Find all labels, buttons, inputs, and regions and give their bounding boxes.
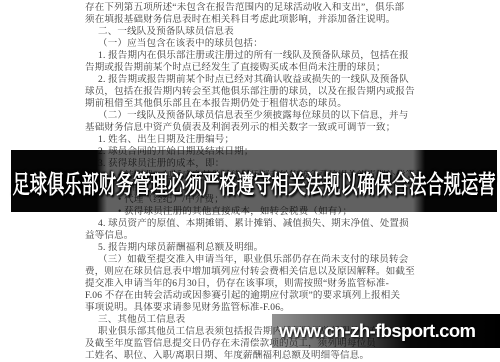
- title-banner-text: 足球俱乐部财务管理必须严格遵守相关法规以确保合法合规运营: [13, 173, 496, 198]
- doc-line: 1. 姓名、出生日期及注册编号；: [85, 134, 483, 146]
- doc-line: 存在下列第五项所述“未包含在报告范围内的足球活动收入和支出”，俱乐部: [85, 2, 483, 14]
- doc-line: 5. 报告期内球员薪酬福利总额及明细。: [85, 242, 483, 254]
- watermark-url-text: www.cn-zh-fbsport.com: [272, 320, 475, 342]
- watermark-banner: www.cn-zh-fbsport.com: [272, 314, 500, 348]
- doc-line: 须在填报基础财务信息表时在相关科目考虑此项影响，并添加备注说明。: [85, 14, 483, 26]
- doc-line: F.06 不存在由转会活动或因参赛引起的逾期应付款项”的要求填列上报相关: [85, 290, 483, 302]
- doc-line: 4. 球员资产的原值、本期摊销、累计摊销、减值损失、期末净值、处置损: [85, 218, 483, 230]
- doc-line: 费，则应在球员信息表中增加填列应付转会费相关信息以及原因解释。如截至: [85, 266, 483, 278]
- doc-line: 益等信息。: [85, 230, 483, 242]
- doc-line: 1. 报告期内在俱乐部注册或注册过的所有一线队及预备队球员，包括在报: [85, 50, 483, 62]
- doc-line: （三）如截至提交准入申请当年，职业俱乐部仍存在尚未支付的球员转会: [85, 254, 483, 266]
- doc-line: （一）应当包含在该表中的球员包括：: [85, 38, 483, 50]
- doc-line: 期前租借至其他俱乐部且在本报告期仍处于租借状态的球员。: [85, 98, 483, 110]
- title-banner: 足球俱乐部财务管理必须严格遵守相关法规以确保合法合规运营: [11, 150, 497, 212]
- doc-line: （二）一线队及预备队球员信息表至少须披露每位球员的以下信息，并与: [85, 110, 483, 122]
- doc-line: 球员，包括在报告期内转会至其他俱乐部注册的球员，以及在报告期内或报告: [85, 86, 483, 98]
- doc-line: 提交准入申请当年的6月30日，仍存在该事项，则需按照“财务监管标准-: [85, 278, 483, 290]
- doc-line: 基础财务信息中资产负债表及利润表列示的相关数字一致或可调节一致；: [85, 122, 483, 134]
- doc-line: 告期或报告期前某个时点已经发生了直接购买成本但尚未注册的球员；: [85, 62, 483, 74]
- doc-line: 2. 报告期或报告期前某个时点已经对其确认收益或损失的一线队及预备队: [85, 74, 483, 86]
- article-page: 存在下列第五项所述“未包含在报告范围内的足球活动收入和支出”，俱乐部 须在填报基…: [0, 0, 500, 362]
- doc-line: 事项说明。具体要求请参见财务监管标准-F.06。: [85, 302, 483, 314]
- doc-line: 工姓名、职位、入职/离职日期、年度薪酬福利总额及明细等信息。: [85, 350, 483, 362]
- doc-section-heading: 二、一线队及预备队球员信息表: [85, 26, 483, 38]
